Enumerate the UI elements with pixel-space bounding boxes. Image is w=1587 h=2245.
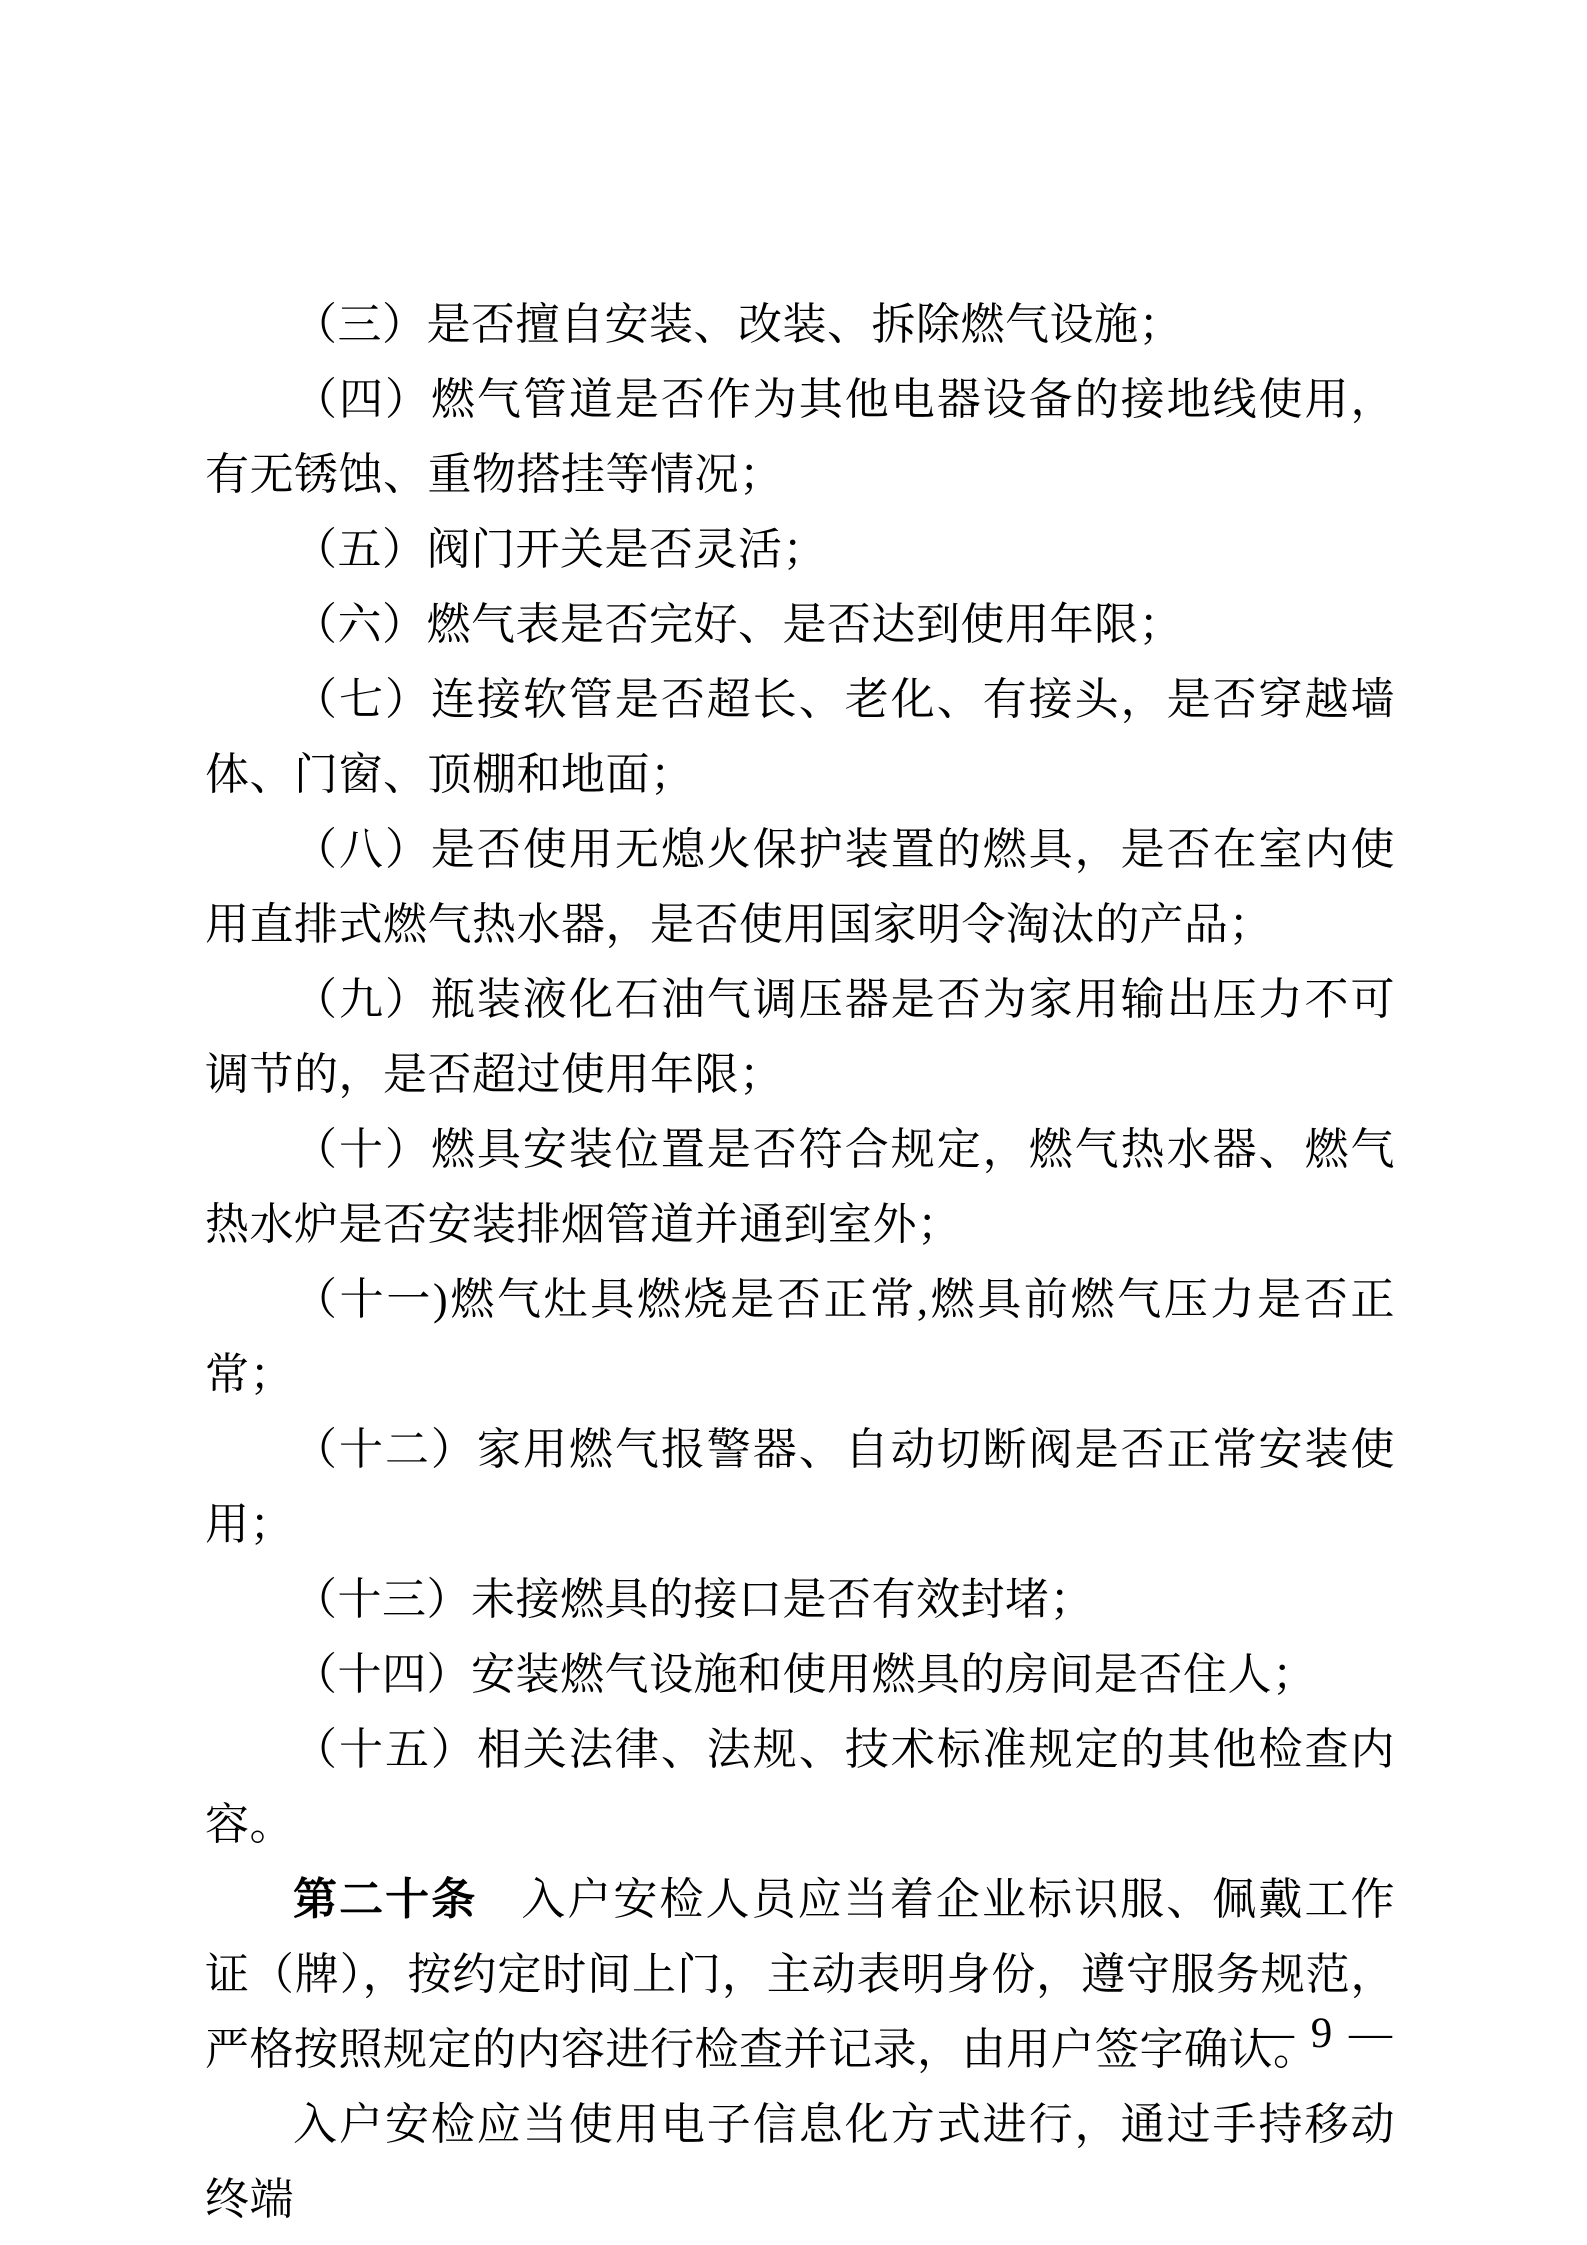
document-body: （三）是否擅自安装、改装、拆除燃气设施； （四）燃气管道是否作为其他电器设备的接…	[205, 287, 1395, 2237]
list-item-10: （十）燃具安装位置是否符合规定，燃气热水器、燃气热水炉是否安装排烟管道并通到室外…	[205, 1112, 1395, 1262]
list-item-3: （三）是否擅自安装、改装、拆除燃气设施；	[205, 287, 1395, 362]
list-item-12: （十二）家用燃气报警器、自动切断阀是否正常安装使用；	[205, 1412, 1395, 1562]
list-item-11: （十一)燃气灶具燃烧是否正常,燃具前燃气压力是否正常；	[205, 1262, 1395, 1412]
article-20-paragraph: 第二十条入户安检人员应当着企业标识服、佩戴工作证（牌），按约定时间上门，主动表明…	[205, 1862, 1395, 2087]
document-page: （三）是否擅自安装、改装、拆除燃气设施； （四）燃气管道是否作为其他电器设备的接…	[0, 0, 1587, 2245]
list-item-9: （九）瓶装液化石油气调压器是否为家用输出压力不可调节的，是否超过使用年限；	[205, 962, 1395, 1112]
list-item-7: （七）连接软管是否超长、老化、有接头，是否穿越墙体、门窗、顶棚和地面；	[205, 662, 1395, 812]
list-item-8: （八）是否使用无熄火保护装置的燃具，是否在室内使用直排式燃气热水器，是否使用国家…	[205, 812, 1395, 962]
list-item-5: （五）阀门开关是否灵活；	[205, 512, 1395, 587]
list-item-14: （十四）安装燃气设施和使用燃具的房间是否住人；	[205, 1637, 1395, 1712]
list-item-13: （十三）未接燃具的接口是否有效封堵；	[205, 1562, 1395, 1637]
article-20-number: 第二十条	[293, 1875, 477, 1924]
list-item-4: （四）燃气管道是否作为其他电器设备的接地线使用，有无锈蚀、重物搭挂等情况；	[205, 362, 1395, 512]
list-item-6: （六）燃气表是否完好、是否达到使用年限；	[205, 587, 1395, 662]
paragraph-electronic-inspection: 入户安检应当使用电子信息化方式进行，通过手持移动终端	[205, 2087, 1395, 2237]
list-item-15: （十五）相关法律、法规、技术标准规定的其他检查内容。	[205, 1712, 1395, 1862]
page-number: — 9 —	[1251, 2008, 1395, 2060]
